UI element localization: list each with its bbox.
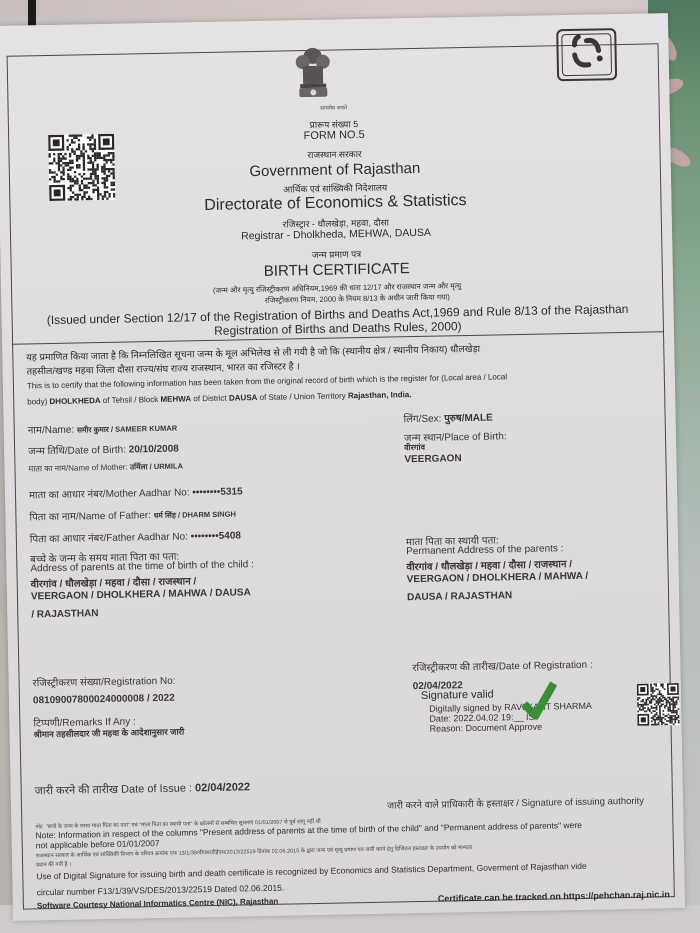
issue-date-value: 02/04/2022 [195,781,250,794]
national-emblem-icon [290,46,335,103]
local-body: DHOLKHEDA [49,396,100,406]
pehchan-logo-icon [556,28,617,81]
father-name-value: धर्म सिंह / DHARM SINGH [154,509,236,520]
sex-field: लिंग/Sex: पुरुष/MALE [403,410,492,426]
text: body) [27,397,47,406]
name-field: नाम/Name: समीर कुमार / SAMEER KUMAR [28,420,178,437]
dob-field: जन्म तिथि/Date of Birth: 20/10/2008 [28,441,179,458]
sex-label: लिंग/Sex: [404,414,442,426]
text: of State / Union Territory [260,391,346,402]
text: of District [193,394,227,404]
mother-aadhar-value: ••••••••5315 [192,486,242,498]
mother-name-value: उर्मिला / URMILA [130,461,183,471]
green-check-icon [521,679,558,720]
father-name-label: पिता का नाम/Name of Father: [29,510,151,523]
signature-status: Signature valid [421,689,494,702]
address-at-birth-line-2: / RAJASTHAN [31,608,98,620]
permanent-address-line-2: DAUSA / RAJASTHAN [407,590,512,603]
state: Rajasthan, India. [348,390,412,400]
place-of-birth-hindi: वीरगांव [404,442,425,453]
place-of-birth-value: VEERGAON [404,453,461,465]
sex-value: पुरुष/MALE [444,413,493,425]
name-value: समीर कुमार / SAMEER KUMAR [77,424,177,435]
name-label: नाम/Name: [28,425,75,437]
dob-value: 20/10/2008 [129,444,179,456]
dob-label: जन्म तिथि/Date of Birth: [28,445,126,458]
tehsil: MEHWA [160,394,191,404]
issue-date-label: जारी करने की तारीख Date of Issue : [35,782,193,797]
digital-signature-hindi-line-2: प्रदान की गयी है । [36,860,71,869]
text: of Tehsil / Block [103,395,159,405]
qr-code-icon[interactable] [637,683,680,726]
father-aadhar-value: ••••••••5408 [191,530,241,542]
registration-number-label: रजिस्ट्रीकरण संख्या/Registration No: [32,673,175,690]
birth-certificate: सत्यमेव जयते प्रारूप संख्या 5 FORM NO.5 … [0,13,685,921]
district: DAUSA [229,393,258,403]
mother-name-label: माता का नाम/Name of Mother: [28,463,127,474]
